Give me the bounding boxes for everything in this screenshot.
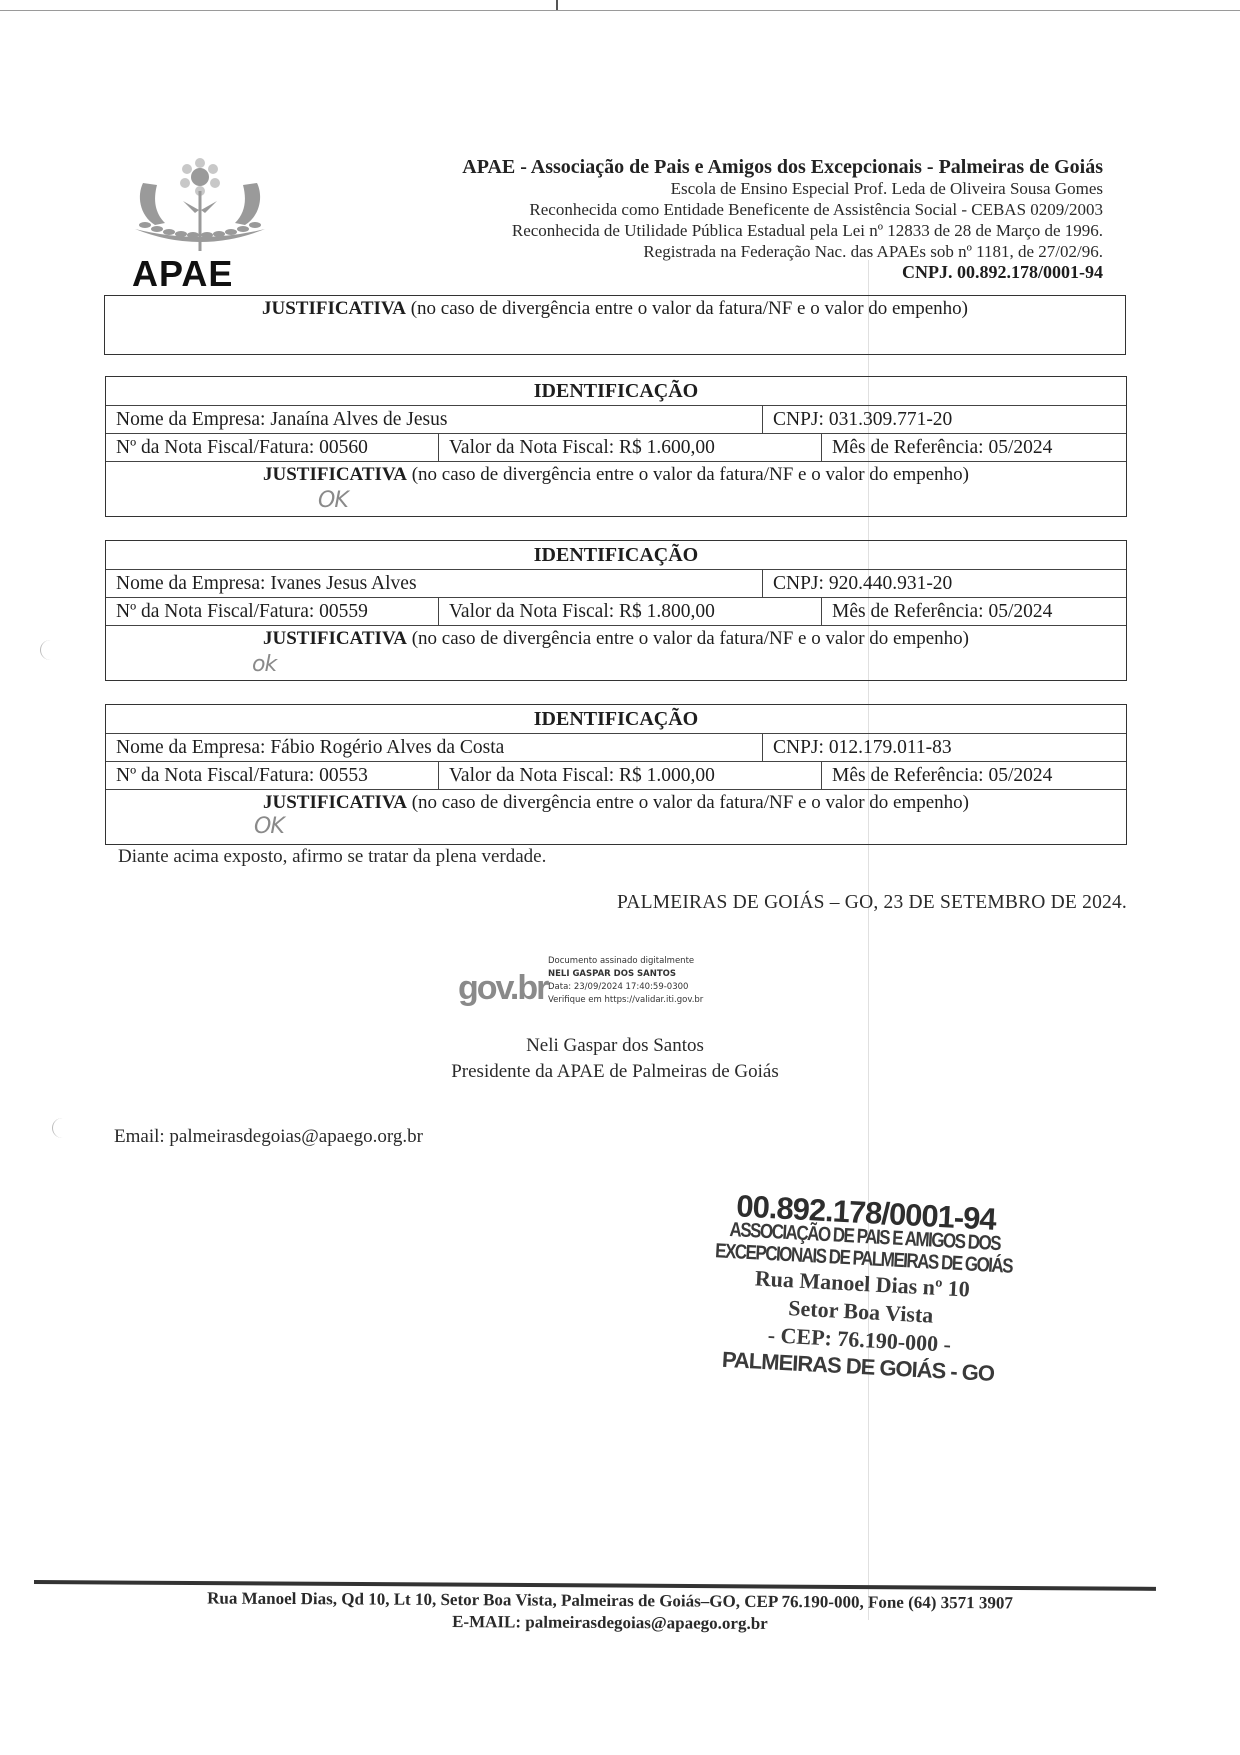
justification-cell: JUSTIFICATIVA (no caso de divergência en… bbox=[106, 462, 1126, 516]
letterhead: APAE - Associação de Pais e Amigos dos E… bbox=[462, 157, 1103, 283]
identification-section: IDENTIFICAÇÃO Nome da Empresa: Ivanes Je… bbox=[105, 540, 1127, 681]
signatory-role: Presidente da APAE de Palmeiras de Goiás bbox=[0, 1059, 1235, 1085]
top-scan-tick bbox=[556, 0, 558, 10]
identification-section: IDENTIFICAÇÃO Nome da Empresa: Fábio Rog… bbox=[105, 704, 1127, 845]
justification-label: JUSTIFICATIVA (no caso de divergência en… bbox=[106, 790, 1126, 814]
signature-verify-url: Verifique em https://validar.iti.gov.br bbox=[548, 994, 703, 1007]
company-name: Nome da Empresa: Fábio Rogério Alves da … bbox=[106, 734, 762, 761]
company-row: Nome da Empresa: Janaína Alves de Jesus … bbox=[106, 406, 1126, 434]
signatory: Neli Gaspar dos Santos Presidente da APA… bbox=[0, 1033, 1240, 1085]
cnpj-stamp: 00.892.178/0001-94 ASSOCIAÇÃO DE PAIS E … bbox=[707, 1192, 1016, 1387]
justification-box: JUSTIFICATIVA (no caso de divergência en… bbox=[104, 295, 1126, 355]
punch-hole-mark bbox=[52, 1118, 73, 1138]
hands-flower-icon bbox=[125, 155, 275, 255]
handwritten-justification: ok bbox=[252, 652, 276, 677]
handwritten-justification: OK bbox=[318, 488, 348, 513]
company-row: Nome da Empresa: Ivanes Jesus Alves CNPJ… bbox=[106, 570, 1126, 598]
punch-hole-mark bbox=[40, 640, 61, 660]
letterhead-line: Registrada na Federação Nac. das APAEs s… bbox=[462, 241, 1103, 262]
invoice-row: Nº da Nota Fiscal/Fatura: 00559 Valor da… bbox=[106, 598, 1126, 626]
justification-cell: JUSTIFICATIVA (no caso de divergência en… bbox=[106, 790, 1126, 844]
reference-month: Mês de Referência: 05/2024 bbox=[821, 598, 1126, 625]
digital-signature-block: gov.br Documento assinado digitalmente N… bbox=[458, 955, 758, 1015]
company-name: Nome da Empresa: Ivanes Jesus Alves bbox=[106, 570, 762, 597]
company-row: Nome da Empresa: Fábio Rogério Alves da … bbox=[106, 734, 1126, 762]
company-cnpj: CNPJ: 012.179.011-83 bbox=[762, 734, 1126, 761]
signature-signer: NELI GASPAR DOS SANTOS bbox=[548, 968, 703, 981]
justification-label: JUSTIFICATIVA (no caso de divergência en… bbox=[106, 626, 1126, 650]
invoice-value: Valor da Nota Fiscal: R$ 1.600,00 bbox=[438, 434, 821, 461]
letterhead-line: Escola de Ensino Especial Prof. Leda de … bbox=[462, 178, 1103, 199]
organization-cnpj: CNPJ. 00.892.178/0001-94 bbox=[462, 262, 1103, 283]
invoice-number: Nº da Nota Fiscal/Fatura: 00559 bbox=[106, 598, 438, 625]
reference-month: Mês de Referência: 05/2024 bbox=[821, 762, 1126, 789]
reference-month: Mês de Referência: 05/2024 bbox=[821, 434, 1126, 461]
top-scan-rule bbox=[0, 10, 1240, 11]
contact-email: Email: palmeirasdegoias@apaego.org.br bbox=[114, 1126, 423, 1148]
invoice-number: Nº da Nota Fiscal/Fatura: 00560 bbox=[106, 434, 438, 461]
justification-label: JUSTIFICATIVA (no caso de divergência en… bbox=[106, 462, 1126, 486]
signature-date: Data: 23/09/2024 17:40:59-0300 bbox=[548, 981, 703, 994]
letterhead-line: Reconhecida como Entidade Beneficente de… bbox=[462, 199, 1103, 220]
logo-wordmark: APAE bbox=[132, 253, 233, 295]
identification-title: IDENTIFICAÇÃO bbox=[106, 377, 1126, 406]
company-cnpj: CNPJ: 920.440.931-20 bbox=[762, 570, 1126, 597]
handwritten-justification: OK bbox=[254, 814, 284, 839]
letterhead-line: Reconhecida de Utilidade Pública Estadua… bbox=[462, 220, 1103, 241]
signatory-name: Neli Gaspar dos Santos bbox=[0, 1033, 1235, 1059]
invoice-number: Nº da Nota Fiscal/Fatura: 00553 bbox=[106, 762, 438, 789]
signature-heading: Documento assinado digitalmente bbox=[548, 955, 703, 968]
organization-title: APAE - Associação de Pais e Amigos dos E… bbox=[462, 157, 1103, 178]
identification-section: IDENTIFICAÇÃO Nome da Empresa: Janaína A… bbox=[105, 376, 1127, 517]
identification-title: IDENTIFICAÇÃO bbox=[106, 705, 1126, 734]
digital-signature-info: Documento assinado digitalmente NELI GAS… bbox=[548, 955, 703, 1007]
declaration-statement: Diante acima exposto, afirmo se tratar d… bbox=[118, 846, 546, 868]
footer: Rua Manoel Dias, Qd 10, Lt 10, Setor Boa… bbox=[150, 1587, 1070, 1637]
justification-cell: JUSTIFICATIVA (no caso de divergência en… bbox=[106, 626, 1126, 680]
apae-logo: APAE bbox=[125, 155, 275, 295]
justification-label: JUSTIFICATIVA (no caso de divergência en… bbox=[105, 296, 1125, 320]
place-and-date: PALMEIRAS DE GOIÁS – GO, 23 DE SETEMBRO … bbox=[617, 892, 1127, 914]
company-name: Nome da Empresa: Janaína Alves de Jesus bbox=[106, 406, 762, 433]
govbr-logo-icon: gov.br bbox=[458, 969, 547, 1008]
invoice-row: Nº da Nota Fiscal/Fatura: 00560 Valor da… bbox=[106, 434, 1126, 462]
invoice-row: Nº da Nota Fiscal/Fatura: 00553 Valor da… bbox=[106, 762, 1126, 790]
company-cnpj: CNPJ: 031.309.771-20 bbox=[762, 406, 1126, 433]
identification-title: IDENTIFICAÇÃO bbox=[106, 541, 1126, 570]
invoice-value: Valor da Nota Fiscal: R$ 1.800,00 bbox=[438, 598, 821, 625]
invoice-value: Valor da Nota Fiscal: R$ 1.000,00 bbox=[438, 762, 821, 789]
